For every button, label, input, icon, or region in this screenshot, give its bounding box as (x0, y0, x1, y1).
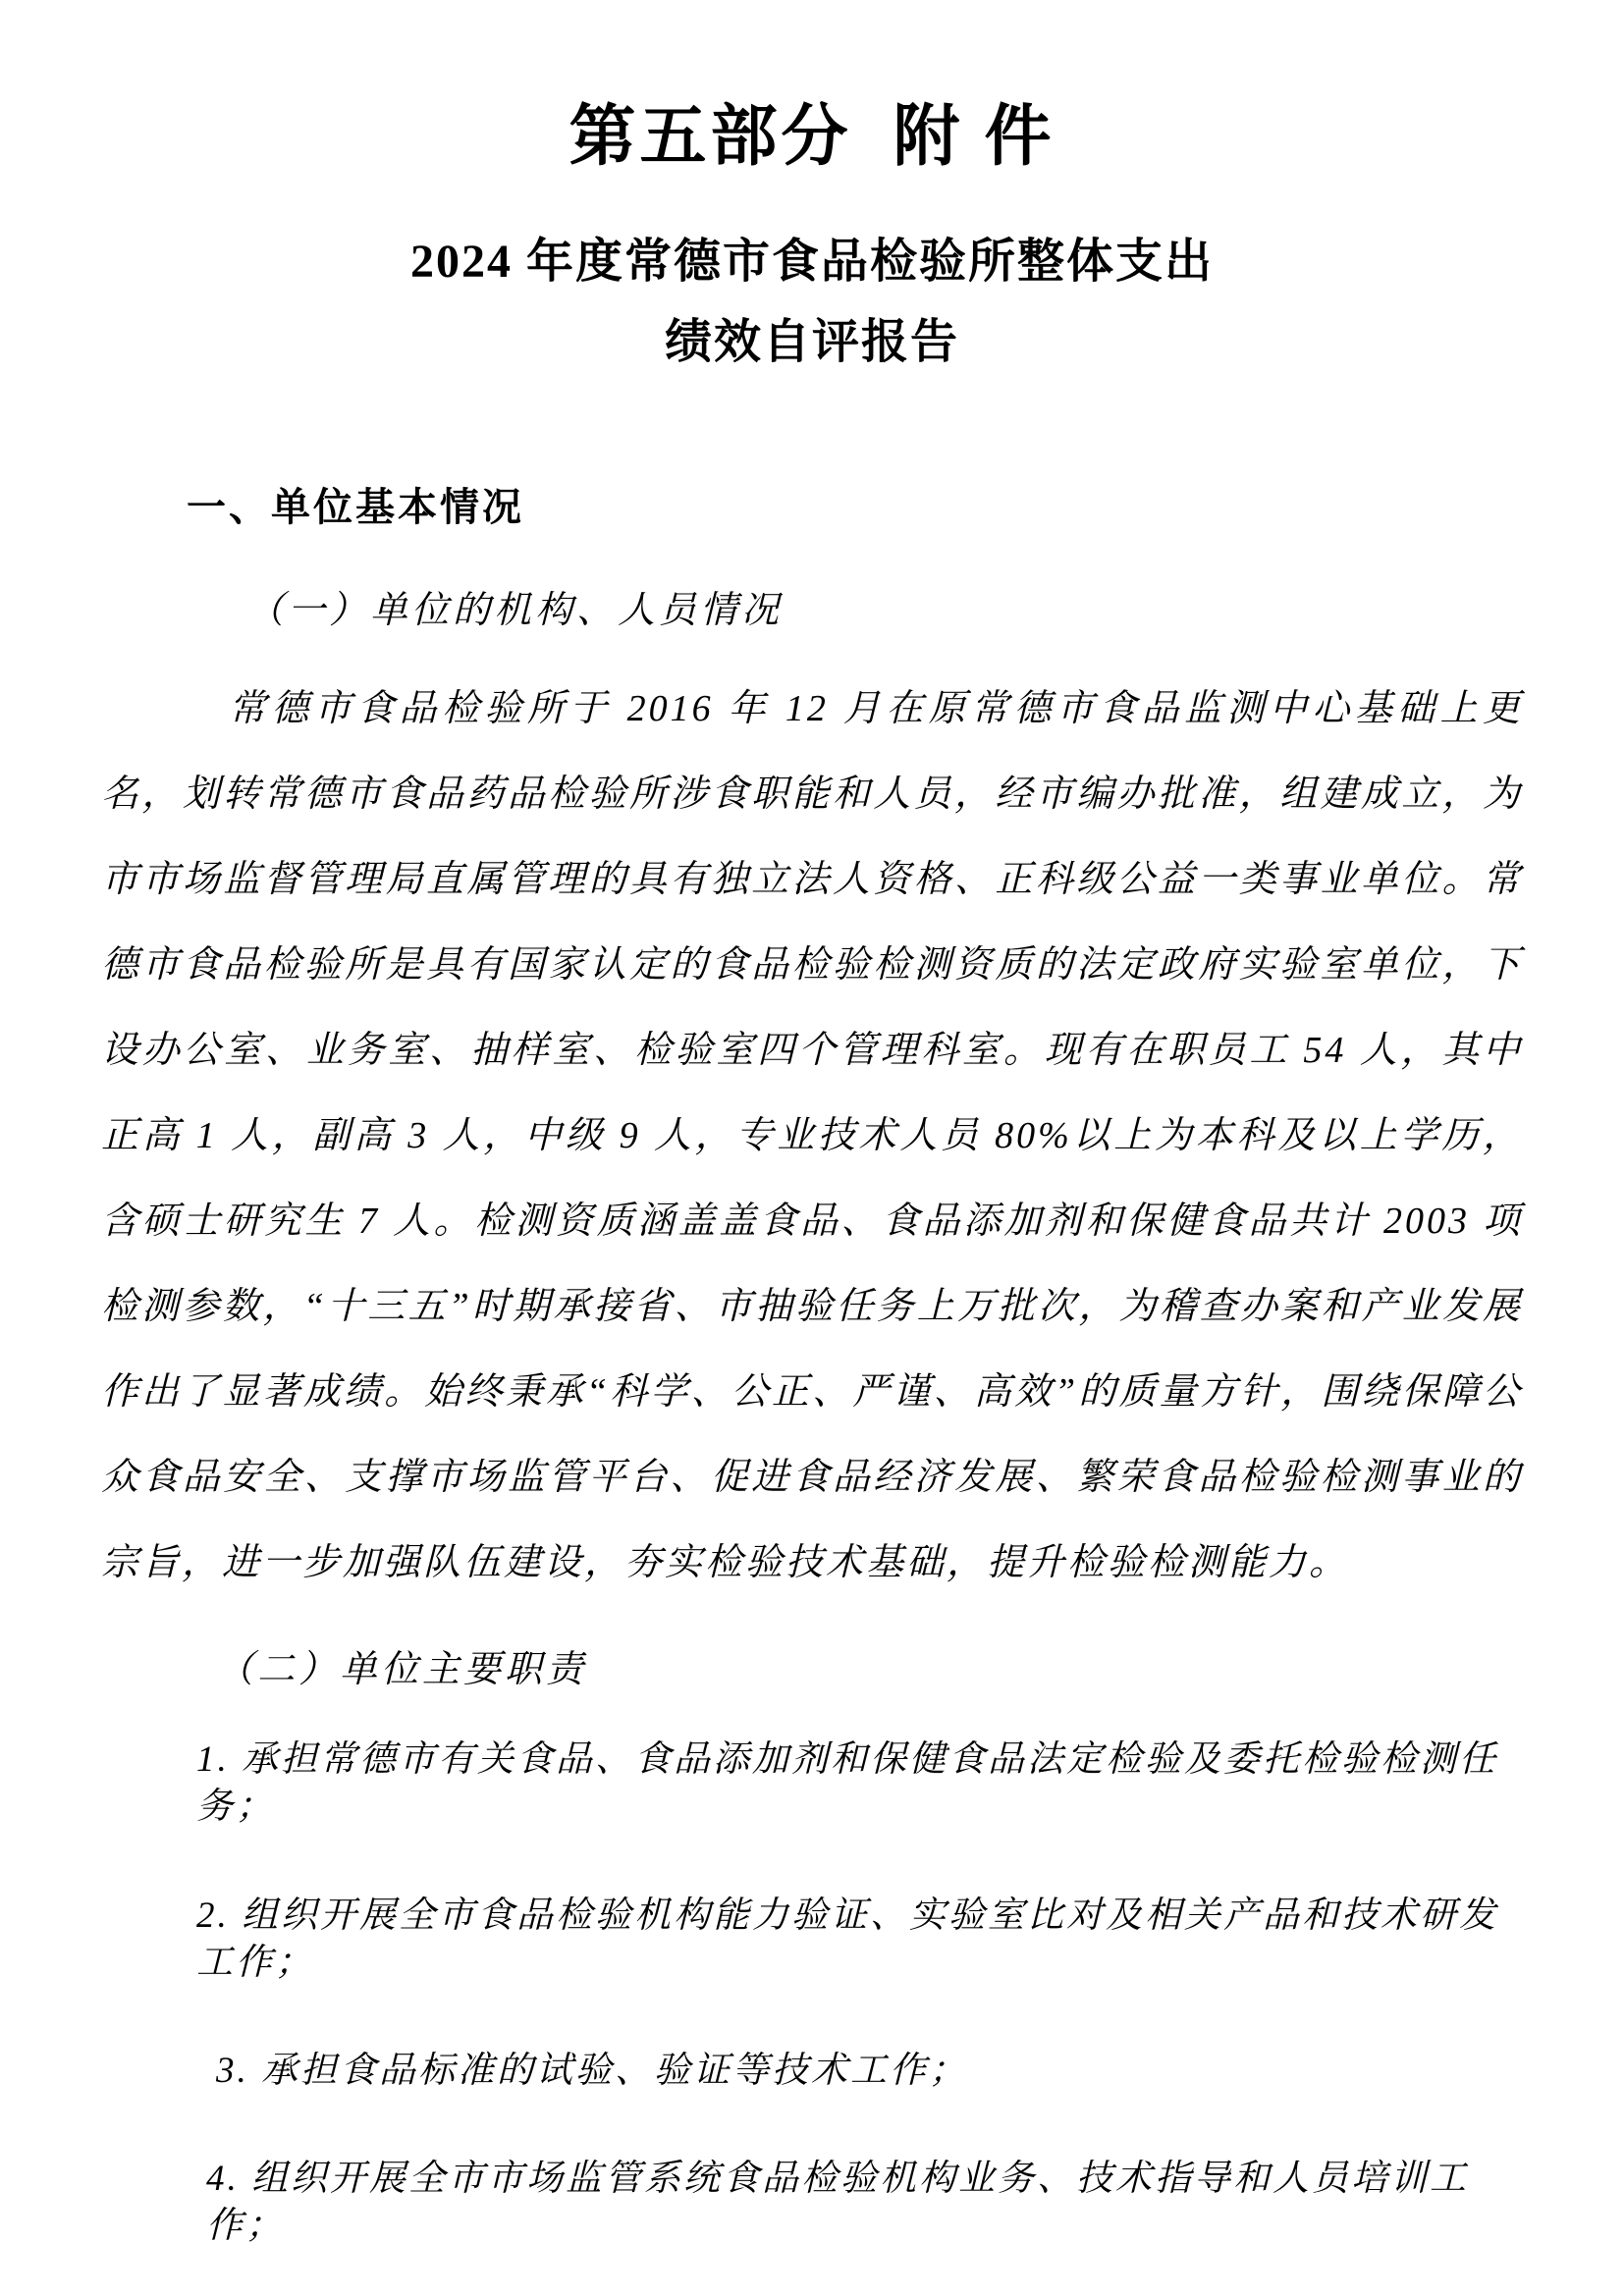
org-overview-paragraph: 常德市食品检验所于 2016 年 12 月在原常德市食品监测中心基础上更名，划转… (101, 667, 1523, 1606)
duty-item-3: 3. 承担食品标准的试验、验证等技术工作； (216, 2048, 1523, 2095)
subsection-1-1-heading: （一）单位的机构、人员情况 (246, 588, 1523, 635)
duty-item-1: 1. 承担常德市有关食品、食品添加剂和保健食品法定检验及委托检验检测任务； (196, 1736, 1523, 1831)
report-title: 2024 年度常德市食品检验所整体支出 绩效自评报告 (101, 222, 1523, 382)
report-title-line2: 绩效自评报告 (101, 302, 1523, 383)
section-1-heading: 一、单位基本情况 (187, 484, 1523, 531)
duty-item-4: 4. 组织开展全市市场监管系统食品检验机构业务、技术指导和人员培训工作； (206, 2156, 1523, 2250)
subsection-1-2-heading: （二）单位主要职责 (216, 1647, 1523, 1694)
duties-list: 1. 承担常德市有关食品、食品添加剂和保健食品法定检验及委托检验检测任务； 2.… (101, 1736, 1523, 2250)
report-title-line1: 2024 年度常德市食品检验所整体支出 (101, 222, 1523, 302)
document-page: 第五部分 附 件 2024 年度常德市食品检验所整体支出 绩效自评报告 一、单位… (0, 0, 1624, 2296)
part-title: 第五部分 附 件 (101, 0, 1523, 175)
duty-item-2: 2. 组织开展全市食品检验机构能力验证、实验室比对及相关产品和技术研发工作； (196, 1893, 1523, 1987)
